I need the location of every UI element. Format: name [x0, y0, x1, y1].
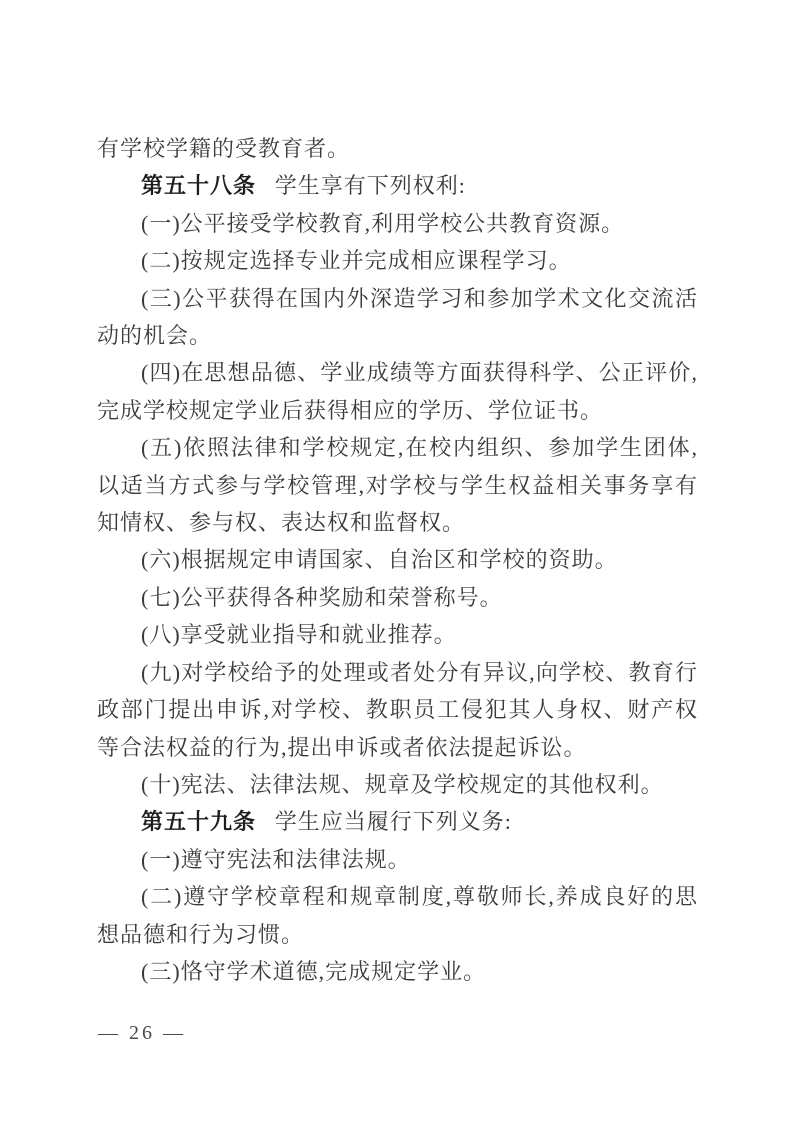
paragraph-text: (五)依照法律和学校规定,在校内组织、参加学生团体,以适当方式参与学校管理,对学…: [97, 435, 698, 535]
list-item: (二)遵守学校章程和规章制度,尊敬师长,养成良好的思想品德和行为习惯。: [97, 878, 698, 953]
list-item: (六)根据规定申请国家、自治区和学校的资助。: [97, 541, 698, 578]
paragraph-text: 有学校学籍的受教育者。: [97, 136, 350, 161]
article-number: 第五十九条: [141, 809, 256, 834]
list-item: (八)享受就业指导和就业推荐。: [97, 616, 698, 653]
page-number: — 26 —: [98, 1022, 186, 1044]
list-item: (一)遵守宪法和法律法规。: [97, 841, 698, 878]
paragraph-text: (四)在思想品德、学业成绩等方面获得科学、公正评价,完成学校规定学业后获得相应的…: [97, 360, 698, 422]
document-body: 有学校学籍的受教育者。 第五十八条学生享有下列权利: (一)公平接受学校教育,利…: [97, 130, 698, 990]
list-item: (十)宪法、法律法规、规章及学校规定的其他权利。: [97, 766, 698, 803]
list-item: (五)依照法律和学校规定,在校内组织、参加学生团体,以适当方式参与学校管理,对学…: [97, 429, 698, 541]
paragraph-text: (一)遵守宪法和法律法规。: [141, 847, 411, 872]
paragraph-text: 学生享有下列权利:: [275, 173, 466, 198]
paragraph-text: 学生应当履行下列义务:: [275, 809, 512, 834]
article-number: 第五十八条: [141, 173, 256, 198]
paragraph-text: (三)公平获得在国内外深造学习和参加学术文化交流活动的机会。: [97, 286, 698, 348]
list-item: (三)公平获得在国内外深造学习和参加学术文化交流活动的机会。: [97, 280, 698, 355]
page-footer: — 26 —: [98, 1020, 186, 1046]
article-heading: 第五十九条学生应当履行下列义务:: [97, 803, 698, 840]
article-heading: 第五十八条学生享有下列权利:: [97, 167, 698, 204]
paragraph-text: (九)对学校给予的处理或者处分有异议,向学校、教育行政部门提出申诉,对学校、教职…: [97, 660, 698, 760]
document-page: 有学校学籍的受教育者。 第五十八条学生享有下列权利: (一)公平接受学校教育,利…: [0, 0, 793, 1121]
list-item: (一)公平接受学校教育,利用学校公共教育资源。: [97, 205, 698, 242]
list-item: (九)对学校给予的处理或者处分有异议,向学校、教育行政部门提出申诉,对学校、教职…: [97, 654, 698, 766]
paragraph-text: (七)公平获得各种奖励和荣誉称号。: [141, 585, 503, 610]
paragraph-text: (六)根据规定申请国家、自治区和学校的资助。: [141, 547, 618, 572]
paragraph-text: (八)享受就业指导和就业推荐。: [141, 622, 457, 647]
paragraph-text: (十)宪法、法律法规、规章及学校规定的其他权利。: [141, 772, 664, 797]
paragraph-text: (三)恪守学术道德,完成规定学业。: [141, 959, 486, 984]
paragraph-text: (一)公平接受学校教育,利用学校公共教育资源。: [141, 211, 624, 236]
list-item: (三)恪守学术道德,完成规定学业。: [97, 953, 698, 990]
list-item: (四)在思想品德、学业成绩等方面获得科学、公正评价,完成学校规定学业后获得相应的…: [97, 354, 698, 429]
paragraph: 有学校学籍的受教育者。: [97, 130, 698, 167]
list-item: (七)公平获得各种奖励和荣誉称号。: [97, 579, 698, 616]
list-item: (二)按规定选择专业并完成相应课程学习。: [97, 242, 698, 279]
paragraph-text: (二)按规定选择专业并完成相应课程学习。: [141, 248, 572, 273]
paragraph-text: (二)遵守学校章程和规章制度,尊敬师长,养成良好的思想品德和行为习惯。: [97, 884, 698, 946]
